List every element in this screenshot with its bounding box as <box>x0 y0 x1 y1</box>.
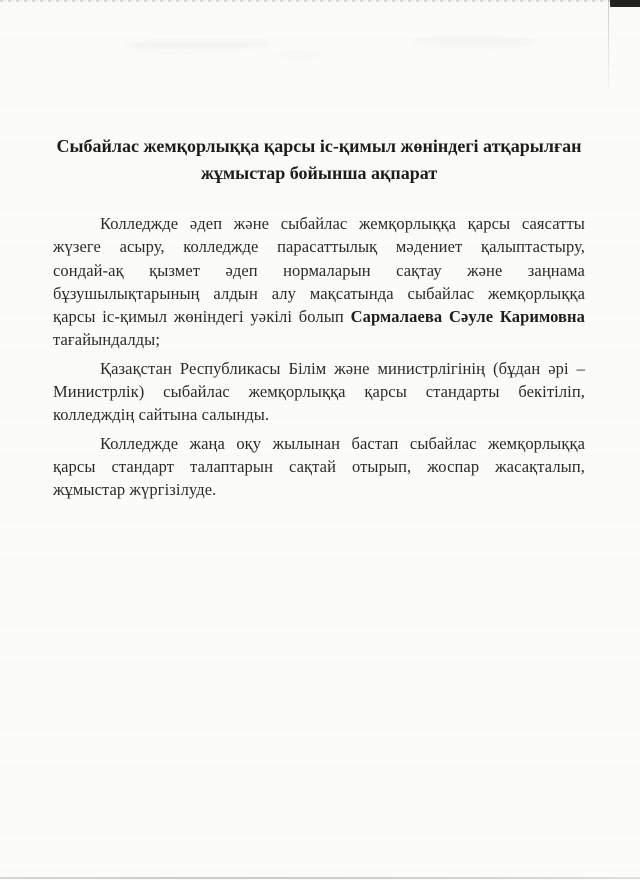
bleedthrough-smudge <box>276 52 320 59</box>
paragraph-line-text: қарсы іс-қимыл жөніндегі уәкілі болып <box>53 307 344 326</box>
paragraph-line: жұмыстар жүргізілуде. <box>53 478 585 501</box>
scan-top-edge-artifact <box>0 0 640 2</box>
paragraph-line: Колледжде жаңа оқу жылынан бастап сыбайл… <box>53 432 585 455</box>
scan-paper-edge-line <box>608 0 609 88</box>
document-title: Сыбайлас жемқорлыққа қарсы іс-қимыл жөні… <box>53 133 585 187</box>
bleedthrough-smudge <box>128 40 270 49</box>
paragraph-line: бұзушылықтарының алдын алу мақсатында сы… <box>53 282 585 305</box>
paragraph-line: қарсы іс-қимыл жөніндегі уәкілі болып Са… <box>53 305 585 328</box>
appointed-person-name: Сармалаева Сәуле Каримовна <box>351 307 585 326</box>
scanned-document-page: Сыбайлас жемқорлыққа қарсы іс-қимыл жөні… <box>0 0 640 880</box>
paragraph-line: қарсы стандарт талаптарын сақтай отырып,… <box>53 455 585 478</box>
scan-bottom-edge-artifact <box>0 877 640 879</box>
paragraph-3: Колледжде жаңа оқу жылынан бастап сыбайл… <box>53 432 585 502</box>
paragraph-line: тағайындалды; <box>53 328 585 351</box>
paragraph-line: Колледжде әдеп және сыбайлас жемқорлыққа… <box>53 212 585 235</box>
scan-corner-mark <box>610 0 640 7</box>
title-line-2: жұмыстар бойынша ақпарат <box>53 160 585 187</box>
paragraph-line: колледждің сайтына салынды. <box>53 403 585 426</box>
title-line-1: Сыбайлас жемқорлыққа қарсы іс-қимыл жөні… <box>53 133 585 160</box>
bleedthrough-smudge <box>416 35 532 49</box>
document-body: Колледжде әдеп және сыбайлас жемқорлыққа… <box>53 212 585 502</box>
paragraph-2: Қазақстан Республикасы Білім және минист… <box>53 357 585 427</box>
paragraph-line: Министрлік) сыбайлас жемқорлыққа қарсы с… <box>53 380 585 403</box>
paragraph-line: сондай-ақ қызмет әдеп нормаларын сақтау … <box>53 259 585 282</box>
paragraph-1: Колледжде әдеп және сыбайлас жемқорлыққа… <box>53 212 585 352</box>
paragraph-line: жүзеге асыру, колледжде парасаттылық мәд… <box>53 235 585 258</box>
document-content: Сыбайлас жемқорлыққа қарсы іс-қимыл жөні… <box>53 133 585 507</box>
paragraph-line: Қазақстан Республикасы Білім және минист… <box>53 357 585 380</box>
